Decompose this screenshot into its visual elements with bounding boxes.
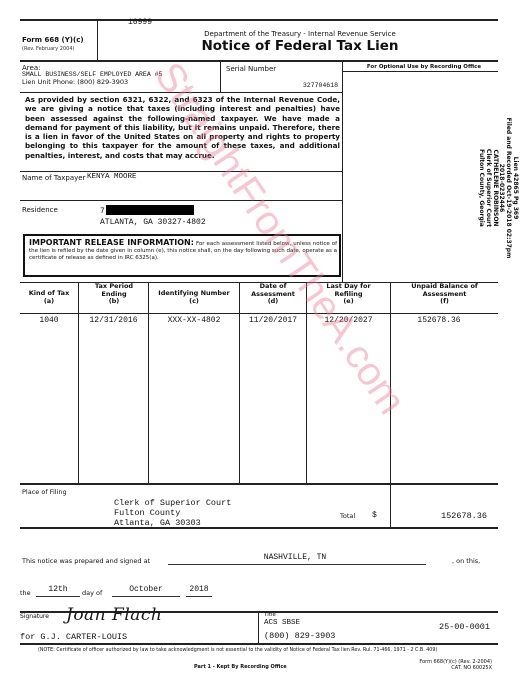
column-header-kind-of-tax: Kind of Tax (a) <box>20 290 78 305</box>
currency-symbol: $ <box>372 511 377 520</box>
col-divider-3 <box>239 282 240 484</box>
col-divider-2 <box>148 282 149 484</box>
stamp-line: Clerk of Superior Court <box>484 98 491 278</box>
column-label: Date of Assessment <box>248 283 298 298</box>
residence-label: Residence <box>22 206 58 214</box>
column-header-last-day-refiling: Last Day for Refiling (e) <box>307 283 390 306</box>
title-value: ACS SBSE <box>264 619 300 627</box>
stamp-line: Filed and Recorded Oct-19-2018 02:37pm <box>504 98 511 278</box>
column-label: Unpaid Balance of Assessment <box>410 283 480 298</box>
cell-kind-of-tax: 1040 <box>20 316 78 325</box>
form-footer: Form 668(Y)(c) (Rev. 2-2004) CAT. NO 600… <box>380 659 492 671</box>
prepared-place: NASHVILLE, TN <box>170 553 420 562</box>
form-id: Form 668 (Y)(c) <box>22 36 84 44</box>
column-code: (f) <box>391 298 498 306</box>
footer-note: (NOTE: Certificate of officer authorized… <box>38 648 478 654</box>
day-value: 12th <box>36 585 80 594</box>
serial-divider-left <box>220 61 221 93</box>
total-amount: 152678.36 <box>380 511 487 521</box>
column-code: (d) <box>240 298 306 306</box>
optional-rule <box>342 71 498 72</box>
part-label: Part 1 - Kept By Recording Office <box>194 664 287 670</box>
signer-name: for G.J. CARTER-LOUIS <box>20 632 127 642</box>
stamp-line: 2018-0232446 <box>498 98 505 278</box>
title-label: Title <box>264 612 276 618</box>
column-code: (e) <box>307 298 390 306</box>
form-footer-line: CAT. NO 60025X <box>380 665 492 671</box>
place-of-filing-label: Place of Filing <box>22 488 67 496</box>
address-line-1: 7 <box>100 207 105 216</box>
year-underline <box>186 596 212 597</box>
column-header-tax-period: Tax Period Ending (b) <box>80 283 148 306</box>
address-line-2: ATLANTA, GA 30327-4802 <box>100 218 206 227</box>
filing-bottom-rule <box>20 527 498 529</box>
table-bottom-rule <box>20 483 498 485</box>
department-name: Department of the Treasury - Internal Re… <box>100 30 500 38</box>
column-label: Last Day for Refiling <box>321 283 377 298</box>
month-underline <box>112 596 180 597</box>
signature-divider <box>258 611 259 644</box>
year-value: 2018 <box>186 585 212 594</box>
signature-bottom-rule <box>20 643 498 645</box>
recording-stamp: Lien 42865 Pg 369 Filed and Recorded Oct… <box>478 98 518 278</box>
optional-use-label: For Optional Use by Recording Office <box>344 64 504 70</box>
column-header-unpaid-balance: Unpaid Balance of Assessment (f) <box>391 283 498 306</box>
col-divider-4 <box>306 282 307 484</box>
release-info: IMPORTANT RELEASE INFORMATION: For each … <box>29 239 337 262</box>
column-code: (c) <box>149 298 239 306</box>
table-header-rule <box>20 313 498 314</box>
prepared-label: This notice was prepared and signed at <box>22 557 150 565</box>
optional-divider <box>342 61 343 283</box>
cell-tax-period: 12/31/2016 <box>79 316 148 325</box>
title-phone: (800) 829-3903 <box>264 631 335 641</box>
redaction-bar <box>106 205 194 215</box>
filing-line: Fulton County <box>114 508 180 518</box>
area-value: SMALL BUSINESS/SELF EMPLOYED AREA #5 <box>22 71 162 78</box>
on-this-label: , on this, <box>452 557 480 565</box>
day-underline <box>36 596 80 597</box>
filing-line: Clerk of Superior Court <box>114 498 231 508</box>
column-label: Tax Period Ending <box>94 283 134 298</box>
area-bottom-rule <box>20 92 342 93</box>
taxpayer-bottom-rule <box>20 200 342 201</box>
month-value: October <box>112 585 180 594</box>
column-code: (b) <box>80 298 148 306</box>
release-info-heading: IMPORTANT RELEASE INFORMATION: <box>29 238 194 247</box>
notice-paragraph: As provided by section 6321, 6322, and 6… <box>25 95 340 160</box>
serial-number-label: Serial Number <box>226 65 276 73</box>
lien-unit-phone: Lien Unit Phone: (800) 829-3903 <box>22 78 128 86</box>
form-revision: (Rev. February 2004) <box>22 46 74 52</box>
column-header-date-of-assessment: Date of Assessment (d) <box>240 283 306 306</box>
page-title: Notice of Federal Tax Lien <box>100 38 500 54</box>
cell-identifying-number: XXX-XX-4802 <box>149 316 239 325</box>
serial-number-value: 327704618 <box>226 82 338 89</box>
top-rule <box>20 19 498 21</box>
stamp-line: Lien 42865 Pg 369 <box>511 98 518 278</box>
cell-unpaid-balance: 152678.36 <box>391 316 487 325</box>
day-of-label: day of <box>82 589 102 597</box>
taxpayer-name-label: Name of Taxpayer <box>22 174 85 182</box>
stamp-line: CATHELENE ROBINSON <box>491 98 498 278</box>
column-code: (a) <box>20 298 78 306</box>
prepared-underline <box>168 564 426 565</box>
header-bottom-rule <box>20 60 498 62</box>
taxpayer-name: KENYA MOORE <box>87 173 137 181</box>
column-header-identifying-number: Identifying Number (c) <box>149 290 239 305</box>
title-code: 25-00-0001 <box>400 622 490 632</box>
header-divider <box>97 19 98 61</box>
document-number: 16999 <box>128 18 152 27</box>
the-label: the <box>20 589 31 597</box>
notice-bottom-rule <box>20 171 342 172</box>
cell-last-day-refiling: 12/20/2027 <box>307 316 390 325</box>
signature-image: Joan Flach <box>66 605 162 625</box>
stamp-line: Fulton County, Georgia <box>477 98 484 278</box>
cell-date-of-assessment: 11/20/2017 <box>240 316 306 325</box>
total-label: Total <box>340 512 355 520</box>
signature-label: Signature <box>20 613 49 620</box>
col-divider-1 <box>78 282 79 484</box>
filing-line: Atlanta, GA 30303 <box>114 518 201 528</box>
